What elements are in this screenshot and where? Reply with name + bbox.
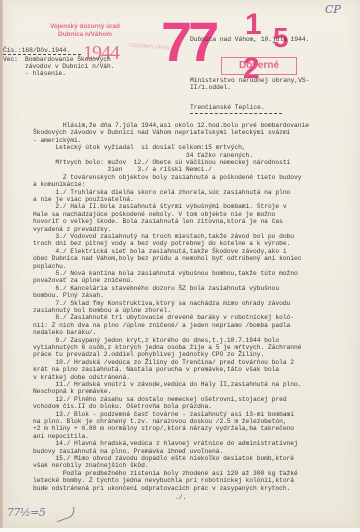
body-line: 34 ťažko ranených. [33, 152, 253, 159]
body-line: bude odstránená pri ukončení odpratovací… [33, 485, 290, 492]
body-line: považovať za úplne zničenú. [33, 277, 134, 284]
handwritten-checkmark-icon [54, 507, 77, 523]
document-page: Vojenský dozorný úrad Dubnica n/Váhom 19… [3, 0, 360, 528]
subject-label: Vec: [3, 56, 18, 63]
classification-stamp: Dôverné [221, 57, 297, 75]
body-line: budovy zasiahnutá na plno. Premávka ihne… [33, 448, 223, 455]
body-line: 14./ Hlavná hradská,vedúca z hlavnej vrá… [33, 440, 298, 447]
body-line: hovoriť o veľkej škode. Bola zasiahnutá … [33, 218, 283, 225]
body-line: práce tu prevádzal 2.oddiel pohyblivej j… [33, 351, 264, 358]
handwritten-note: 77½=5 [7, 506, 45, 519]
recipient-city: Trenčianské Teplice. [190, 104, 265, 111]
body-line: 3./ Vodovod zasiahnutý na troch miestach… [33, 233, 294, 240]
body-line: 1./ Truhlárska dielňa skoro celá zhorela… [33, 189, 290, 196]
reference-underline [3, 54, 81, 55]
body-line: a komunikácie: [33, 181, 85, 188]
body-line: 11./ Hradská vnútri v závode,vedúca do H… [33, 381, 301, 388]
body-line: bombou. Plný zásah. [33, 292, 104, 299]
office-stamp: Vojenský dozorný úrad Dubnica n/Váhom [25, 23, 145, 39]
recipient-line-2: II/1.oddel. [190, 84, 231, 91]
body-line: krát na plno zasiahnutá. Nastala porucha… [33, 366, 279, 373]
handwritten-initials: CP [325, 3, 341, 16]
body-line: 2./ Hala II.bola zasiahnutá štyrmi výbuš… [33, 203, 287, 210]
continuation-mark: ./. [175, 494, 186, 501]
body-line: 8./ Zasiahnuté tri ubytovacie drevené ba… [33, 314, 294, 321]
body-line: Škodových závodov v Dubnici nad Váhom ne… [33, 129, 290, 136]
body-line: 6./ Kancelária stavebného dozoru ŠZ bola… [33, 285, 279, 292]
body-line: nedaleko baráku/. [33, 329, 96, 336]
place-date: Dubnica nad Váhom, 10.júla 1944. [190, 36, 309, 43]
body-line: 7./ Sklad fmy Konstruktiva,ktorý sa nach… [33, 300, 290, 307]
page-bottom-edge [0, 528, 360, 532]
body-line: v krátkej dobe odstránená. [33, 374, 130, 381]
body-line: 9./ Zasypaný jedon kryt,z ktorého do dne… [33, 337, 279, 344]
body-line: 10./ Hradská /vedúca zo Žiliny do Trenčí… [33, 359, 294, 366]
subject-line-3: - hlásenie. [25, 70, 66, 77]
body-line: - americkými. [33, 137, 81, 144]
body-line: žien 3./ a ríšski Nemci./ [33, 166, 212, 173]
body-line: 4./ Elektrická sieť bola zasiahnutá,takž… [33, 248, 287, 255]
body-line: poplachu. [33, 263, 67, 270]
body-line: Letecký útok vyžiadal si dosiaľ celkom:1… [33, 144, 246, 151]
body-line: a nie je viac používateľná. [33, 196, 134, 203]
body-line: však nerobily značnejších škôd. [33, 462, 149, 469]
body-line: 5./ Nová kantína bola zasiahnutá výbušno… [33, 270, 298, 277]
office-stamp-line-2: Dubnica n/Váhom [25, 31, 145, 39]
office-stamp-line-1: Vojenský dozorný úrad [25, 23, 145, 31]
body-line: Neschopná k premávke. [33, 388, 111, 395]
body-line: obec Dubnica nad Váhom,boly bez prúdu a … [33, 255, 301, 262]
recipient-city-underline [190, 113, 282, 114]
body-line: na plno. Blok je chránený t.zv. nárazovo… [33, 418, 287, 425]
body-line: ani nepocítila. [33, 433, 89, 440]
body-line: Podľa predbežného zistenia boly zhodené … [33, 470, 298, 477]
body-line: Z továrenských objektov boly zasiahnuté … [33, 174, 301, 181]
body-line: vchodom čís.II do bloku. Ošetrovňa bola … [33, 403, 212, 410]
body-line: 12./ Plného zásahu sa dostalo nemeckej o… [33, 396, 287, 403]
body-line: 13./ Blok - podzemná časť továrne - zasi… [33, 411, 294, 418]
body-line: 15./ Mimo obvod závodu dopadlo ešte niek… [33, 455, 294, 462]
body-line: nii: Z nich dva na plno /úplne zničené/ … [33, 322, 290, 329]
body-line: letecké bomby. Z týchto jedna nevybuchla… [33, 477, 294, 484]
body-line: vyradená z prevádzky. [33, 226, 111, 233]
body-line: zasiahnutý bol bombou a úplne zhorel. [33, 307, 171, 314]
body-line: +2 m hliny + 0.80 m normálny strop/,ktor… [33, 425, 294, 432]
body-line: Hale sa nachádzajúce poškodené neboly. V… [33, 211, 275, 218]
body-line: troch dní bez pitnej vody a bez vody pot… [33, 240, 290, 247]
body-line: Mŕtvych bolo: mužov 12./ Obete sú väčšin… [33, 159, 290, 166]
